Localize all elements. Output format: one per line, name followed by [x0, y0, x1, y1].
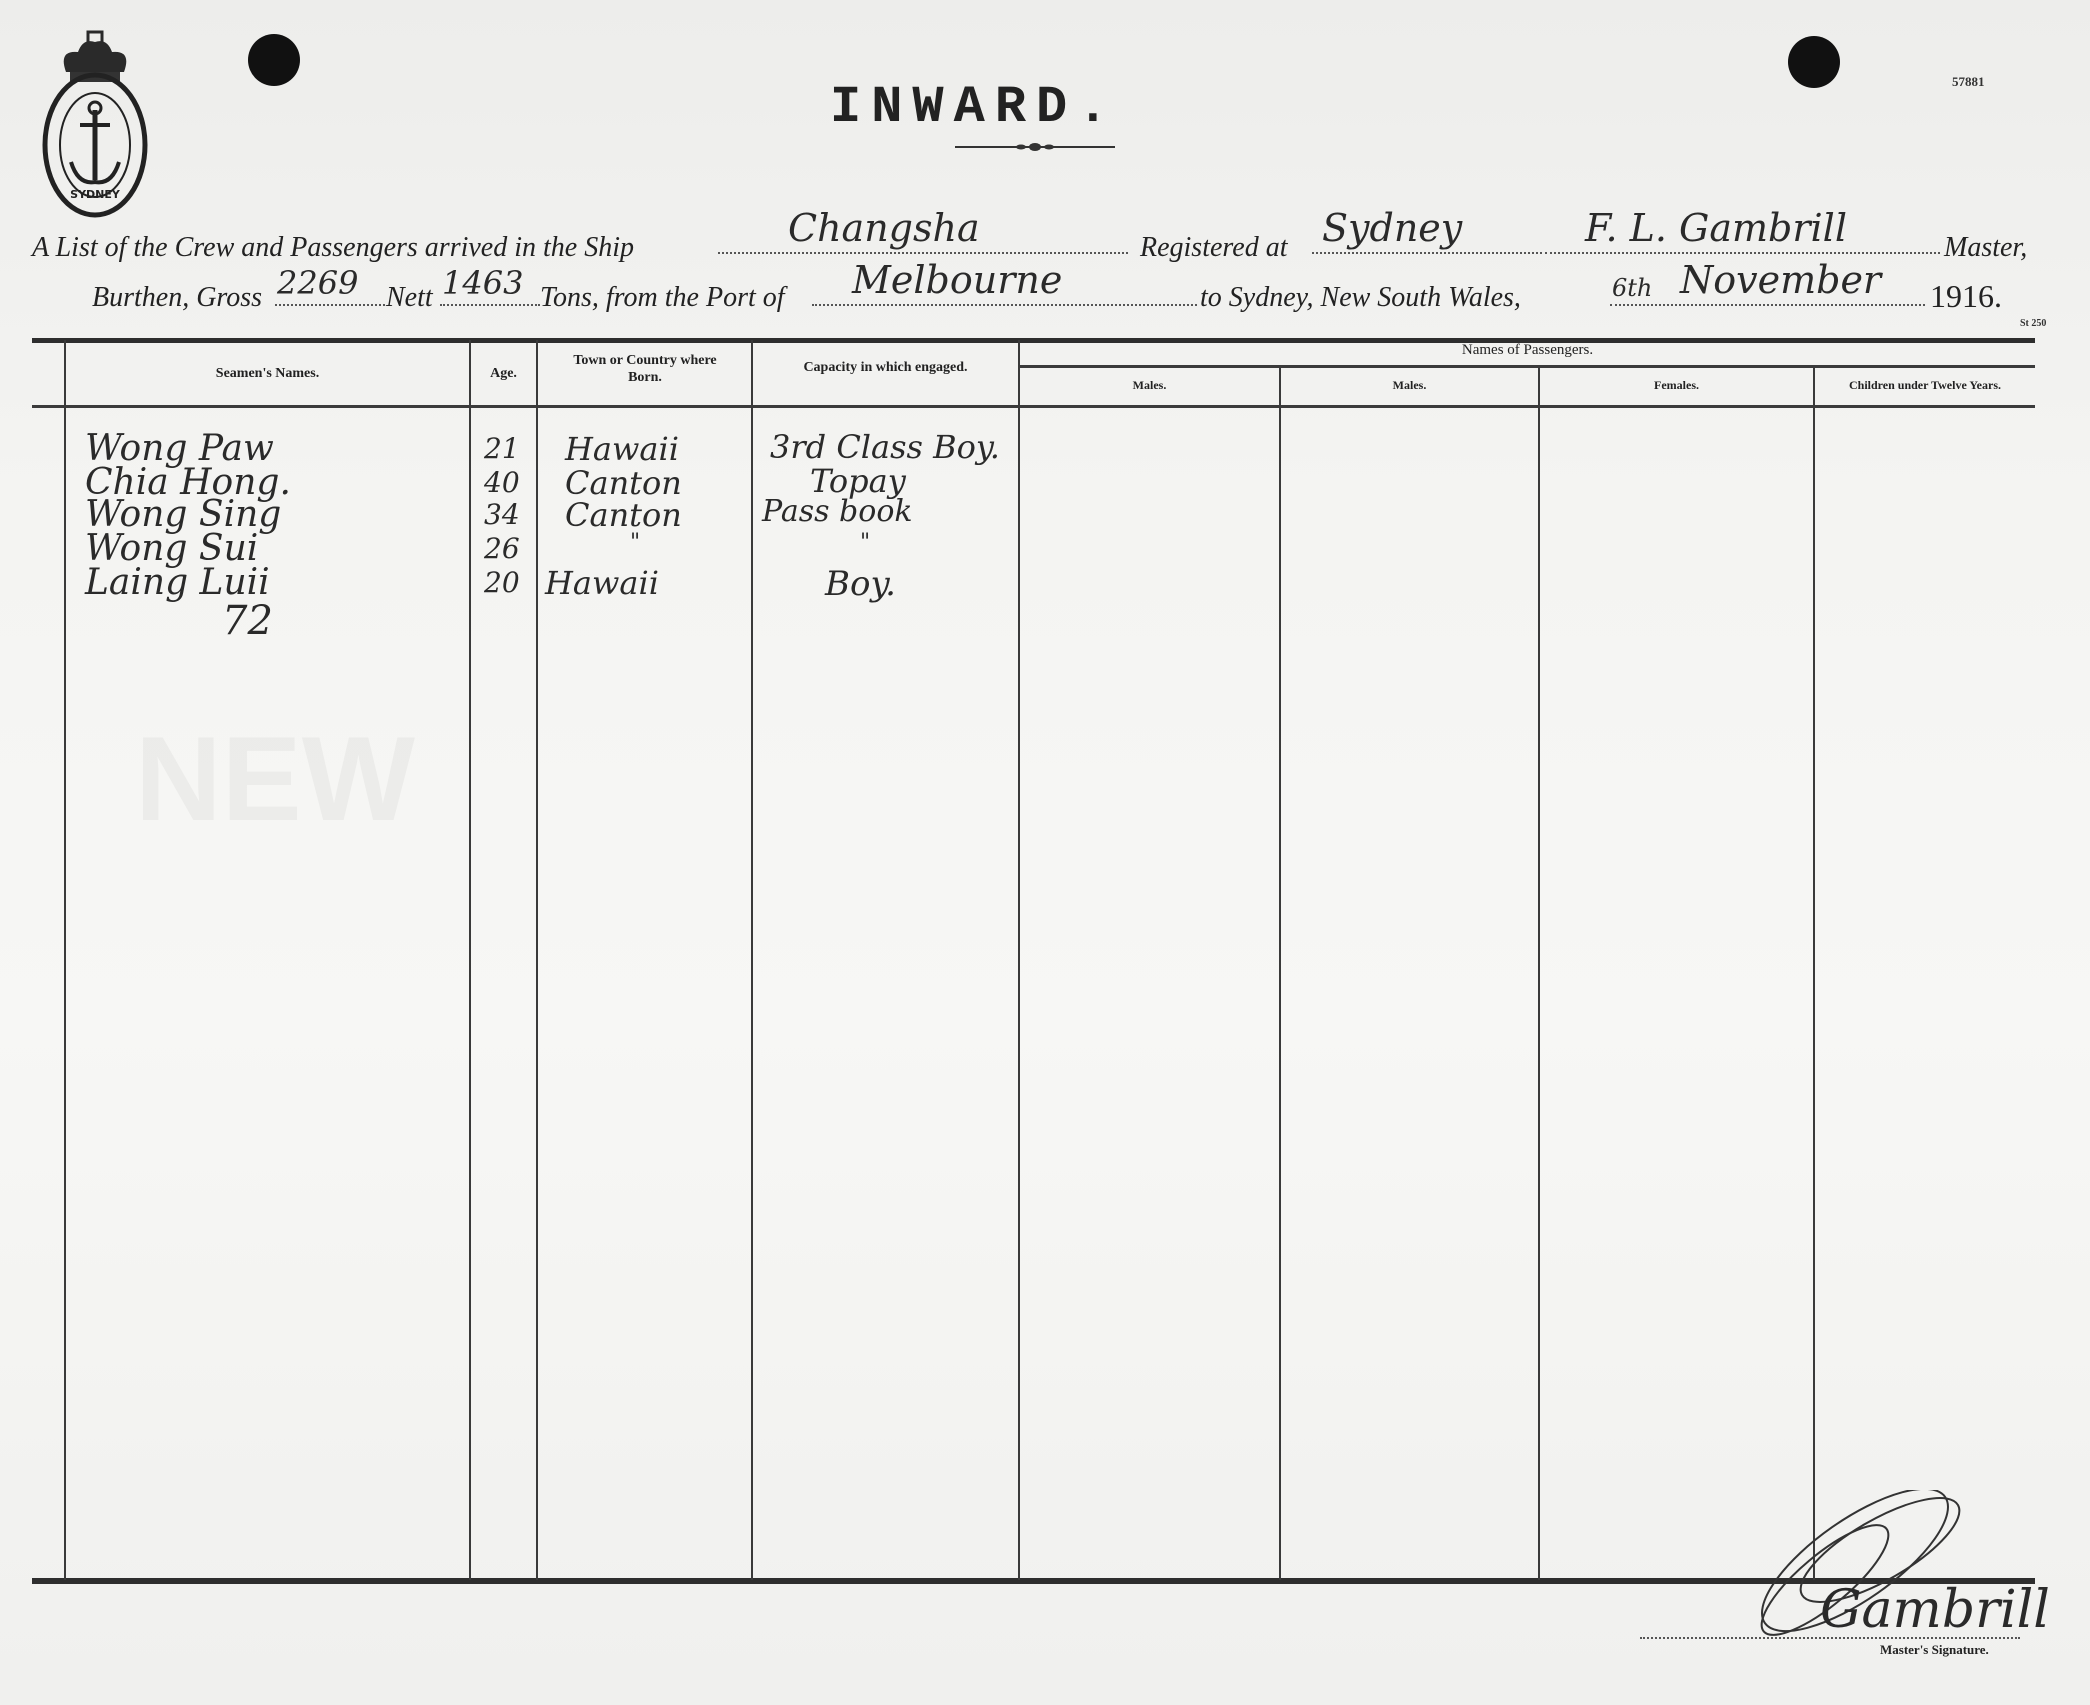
tons-from-label: Tons, from the Port of: [540, 282, 785, 314]
header-birthplace: Town or Country where Born.: [560, 352, 730, 386]
column-divider: [1538, 367, 1540, 1580]
gross-tons-field: 2269: [275, 272, 385, 306]
table-header-bottom-rule: [32, 405, 2035, 408]
form-number: 57881: [1952, 74, 1985, 90]
document-page: SYDNEY INWARD. 57881 A List of the Crew …: [0, 0, 2090, 1705]
seaman-birthplace: ": [630, 530, 640, 555]
svg-text:SYDNEY: SYDNEY: [70, 188, 121, 201]
arrival-day: 6th: [1612, 274, 1652, 302]
master-label: Master,: [1944, 232, 2027, 264]
ship-name: Changsha: [788, 206, 980, 250]
seaman-capacity: Pass book: [762, 494, 913, 529]
seaman-birthplace: Hawaii: [545, 564, 659, 602]
header-males-1: Males.: [1020, 378, 1279, 393]
from-port: Melbourne: [852, 258, 1062, 302]
header-names-of-passengers: Names of Passengers.: [1020, 342, 2035, 359]
title-flourish-icon: [955, 143, 1115, 151]
burthen-label: Burthen, Gross: [92, 282, 262, 314]
nett-tons-field: 1463: [440, 272, 540, 306]
seaman-name: Laing Luii: [85, 562, 270, 603]
punch-hole-left: [248, 34, 300, 86]
registered-port-field: Sydney: [1312, 220, 1542, 254]
seaman-birthplace: Hawaii: [565, 430, 679, 468]
nett-label: Nett: [386, 282, 433, 314]
passenger-subheader-rule: [1020, 365, 2035, 368]
column-divider: [1018, 340, 1020, 1580]
date-field: 6th November: [1610, 272, 1925, 306]
header-capacity: Capacity in which engaged.: [753, 360, 1018, 376]
to-sydney-label: to Sydney, New South Wales,: [1200, 282, 1521, 314]
seaman-capacity: 3rd Class Boy.: [770, 428, 1000, 466]
shipping-masters-seal-icon: SYDNEY: [38, 30, 153, 220]
master-name-field: F. L. Gambrill: [1545, 220, 1940, 254]
crew-count-annotation: 72: [222, 598, 273, 644]
column-divider: [1279, 367, 1281, 1580]
signature-label: Master's Signature.: [1880, 1642, 1989, 1658]
stationery-code: St 250: [2020, 318, 2046, 329]
header-age: Age.: [471, 366, 536, 382]
registered-label: Registered at: [1140, 232, 1287, 264]
signature-line: [1640, 1637, 2020, 1639]
seaman-age: 34: [484, 498, 520, 531]
column-divider: [469, 340, 471, 1580]
arrival-year: 1916.: [1930, 278, 2002, 315]
page-title: INWARD.: [830, 78, 1118, 137]
line1-prefix: A List of the Crew and Passengers arrive…: [32, 232, 634, 264]
watermark: NEW: [135, 710, 415, 848]
seaman-birthplace: Canton: [565, 496, 682, 534]
seaman-capacity: Boy.: [825, 564, 896, 604]
gross-tons: 2269: [277, 264, 358, 302]
from-port-field: Melbourne: [812, 272, 1197, 306]
seaman-age: 26: [484, 532, 520, 565]
column-divider: [536, 340, 538, 1580]
master-signature: Gambrill: [1820, 1580, 2050, 1640]
nett-tons: 1463: [442, 264, 523, 302]
column-divider: [751, 340, 753, 1580]
seaman-age: 20: [484, 566, 520, 599]
column-divider: [1813, 367, 1815, 1580]
registered-port: Sydney: [1322, 206, 1462, 250]
seaman-age: 21: [484, 432, 520, 465]
header-seamens-names: Seamen's Names.: [66, 366, 469, 382]
seaman-age: 40: [484, 466, 520, 499]
ship-name-field: Changsha: [718, 220, 1128, 254]
arrival-month: November: [1680, 258, 1881, 302]
header-children: Children under Twelve Years.: [1815, 378, 2035, 393]
header-males-2: Males.: [1281, 378, 1538, 393]
punch-hole-right: [1788, 36, 1840, 88]
column-divider: [64, 340, 66, 1580]
header-females: Females.: [1540, 378, 1813, 393]
seaman-capacity: ": [860, 530, 870, 555]
master-name-handwritten: F. L. Gambrill: [1585, 206, 1847, 250]
